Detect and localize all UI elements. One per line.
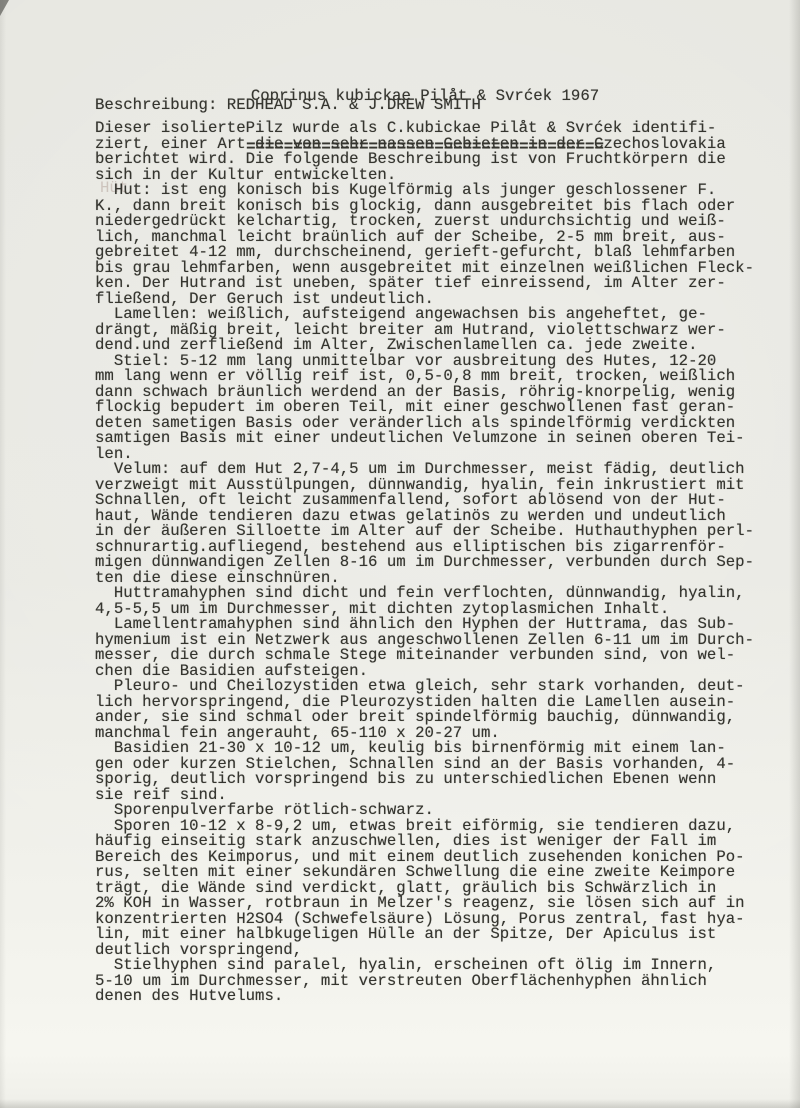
scan-left-edge-shadow [0, 0, 6, 1108]
paragraph-sporen: Sporen 10-12 x 8-9,2 um, etwas breit eif… [95, 819, 767, 959]
byline: Beschreibung: REDHEAD S.A. & J.DREW SMIT… [95, 97, 481, 113]
paragraph-zystiden: Pleuro- und Cheilozystiden etwa gleich, … [95, 679, 767, 741]
scan-bottom-edge-shadow [0, 1099, 800, 1108]
paragraph-stielhyphen: Stielhyphen sind paralel, hyalin, ersche… [95, 958, 767, 1005]
paragraph-hut: Hut: ist eng konisch bis Kugelförmig als… [95, 183, 767, 307]
paragraph-stiel: Stiel: 5-12 mm lang unmittelbar vor ausb… [95, 354, 767, 463]
paragraph-huttrama: Huttramahyphen sind dicht und fein verfl… [95, 586, 767, 617]
scanned-typescript-page: Coprinus kubickae Pilåt & Svrćek 1967 ==… [0, 0, 800, 1108]
document-body: Dieser isoliertePilz wurde als C.kubicka… [95, 121, 767, 1005]
paragraph-basidien: Basidien 21-30 x 10-12 um, keulig bis bi… [95, 741, 767, 803]
paragraph-lamellentrama: Lamellentramahyphen sind ähnlich den Hyp… [95, 617, 767, 679]
scan-right-edge-shadow [789, 0, 800, 1108]
paragraph-velum: Velum: auf dem Hut 2,7-4,5 um im Durchme… [95, 462, 767, 586]
paragraph-lamellen: Lamellen: weißlich, aufsteigend angewach… [95, 307, 767, 354]
paragraph-intro: Dieser isoliertePilz wurde als C.kubicka… [95, 121, 767, 183]
